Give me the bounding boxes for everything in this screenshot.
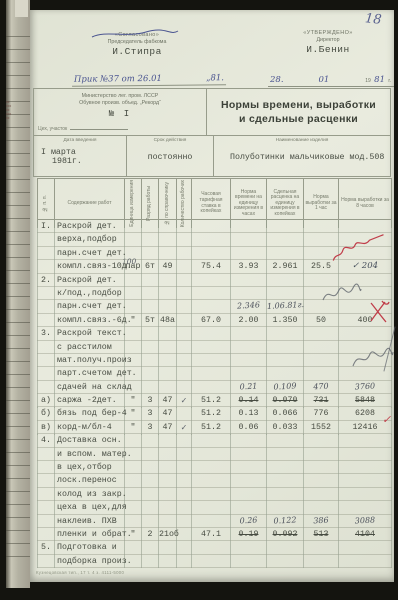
cell-out8 [339,327,392,340]
cell-time [231,448,267,461]
cell-piece [267,541,304,554]
cell-time [231,354,267,367]
product-cell: Наименование изделия Полуботинки мальчик… [214,136,390,176]
cell-rate: 75.4 [192,260,231,273]
table-row: 5.Подготовка и [37,541,392,554]
cell-time [231,367,267,380]
cell-time [231,555,267,568]
cell-piece: 2.961 [267,260,304,273]
cell-out8 [339,247,392,260]
order-year-text: „81. [206,73,224,83]
handwritten-correction: 0.26 [231,514,267,528]
cell-workers [177,488,192,501]
row-number: 2. [37,274,55,287]
cell-workers [177,300,192,313]
cell-unit: " [125,394,142,408]
printed-value: 47 [163,423,173,432]
cell-time [231,233,267,246]
work-description: цеха в цех,для [55,501,125,514]
approval-block: «УТВЕРЖДЕНО» Директор И.Бенин [268,30,388,55]
printed-value: 5т [145,316,155,325]
printed-value: 2.00 [239,316,259,325]
cell-out1 [304,341,339,354]
cell-piece: 0.122 [267,515,304,528]
cell-time: 0.14 [231,394,267,408]
table-row: 3.Раскрой текст. [37,327,392,340]
cell-out1 [304,488,339,501]
cell-out8 [339,488,392,501]
cell-out1 [304,247,339,260]
printed-value: 75.4 [201,262,221,271]
cell-grade [142,501,159,514]
cell-grade: 3 [142,421,159,435]
work-description: Раскрой дет. [55,274,125,287]
cell-time: 3.93 [231,260,267,273]
cell-piece: 0.109 [267,381,304,394]
agreed-stamp-label: «Согласовано» [68,32,206,38]
printed-value: 2.961 [273,262,298,271]
cell-rate [192,501,231,514]
cell-piece: 0.033 [267,421,304,435]
cell-piece [267,461,304,474]
printed-value: 6208 [355,409,375,418]
table-row: колод из закр. [37,488,392,501]
cell-unit [125,474,142,487]
printed-value: 3 [148,396,153,405]
cell-ref [159,220,177,233]
table-row: парн.счет дет. [37,247,392,260]
work-description: бязь под бер-4 [55,407,125,420]
cell-time [231,274,267,287]
row-number: а) [37,394,55,408]
cell-time [231,541,267,554]
cell-unit [125,541,142,554]
cell-out8 [339,541,392,554]
work-description: наклеив. ПХВ [55,515,125,528]
cell-piece [267,220,304,233]
printed-value: 5848 [355,396,375,405]
cell-time [231,341,267,354]
cell-rate [192,555,231,568]
cell-rate [192,287,231,300]
work-description: Раскрой дет. [55,220,125,233]
handwritten-correction: 2.346 [231,299,267,313]
cell-grade [142,341,159,354]
cell-rate [192,367,231,380]
printed-value: 776 [314,409,329,418]
cell-time: 2.346 [231,300,267,313]
cell-rate: 67.0 [192,314,231,327]
printed-value: 3 [148,423,153,432]
printed-value: 12416 [353,423,378,432]
work-description: компл.связ.-6д. [55,314,125,327]
cell-grade: 3 [142,394,159,408]
printed-value: 3.93 [239,262,259,271]
cell-time: 0.21 [231,381,267,394]
cell-piece [267,488,304,501]
cell-rate: 51.2 [192,394,231,408]
handwritten-correction: 3760 [339,379,392,394]
cell-time: 0.26 [231,515,267,528]
printed-value: 0.19 [239,530,259,539]
cell-out1 [304,300,339,313]
cell-unit [125,515,142,528]
printed-value: 47 [163,409,173,418]
cell-grade [142,233,159,246]
printed-value: 731 [314,396,329,405]
cell-piece [267,448,304,461]
printed-value: 4104 [355,530,375,539]
cell-out8: 5848 [339,394,392,408]
printing-house-imprint: Кузнецовская тип., 17 т. 4 з. 4111-5000 [36,570,124,575]
validity-value: постоянно [127,153,213,162]
printed-value: " [131,409,136,418]
document-page: 18 «Согласовано» Председатель фабкома И.… [30,10,394,582]
printed-value: 2 [148,530,153,539]
cell-rate [192,541,231,554]
work-description: лоск.перенос [55,474,125,487]
row-number [37,354,55,367]
cell-out1: 731 [304,394,339,408]
row-number [37,501,55,514]
cell-ref [159,515,177,528]
order-number-text: Прик №37 от 26.01 [74,74,162,85]
cell-workers [177,260,192,273]
cell-rate [192,381,231,394]
cell-piece [267,274,304,287]
cell-workers [177,247,192,260]
printed-value: 0.14 [239,396,259,405]
cell-ref: 48а [159,314,177,327]
form-title-line1: Нормы времени, выработки [207,98,390,112]
cell-out1 [304,220,339,233]
cell-time [231,327,267,340]
cell-out1: 386 [304,515,339,528]
approved-stamp-label: «УТВЕРЖДЕНО» [268,30,388,36]
cell-unit [125,327,142,340]
printed-value: 0.13 [239,409,259,418]
cell-out1 [304,448,339,461]
cell-unit: " [125,407,142,420]
meta-row: Дата введения I марта 1981г. Срок действ… [34,136,390,176]
table-row: лоск.перенос [37,474,392,487]
printed-value: 21об [159,530,179,539]
printed-value: 51.2 [201,423,221,432]
cell-out1: 50 [304,314,339,327]
work-description: парн.счет дет. [55,300,125,313]
cell-workers [177,448,192,461]
cell-out1 [304,434,339,447]
product-value: Полуботинки мальчиковые мод.508 [230,153,384,162]
cell-out8 [339,501,392,514]
approval-month: 01 [318,75,329,85]
work-description: мат.получ.произ [55,354,125,367]
work-description: парт.счетом дет. [55,367,125,380]
row-number [37,233,55,246]
work-description: подборка произ. [55,555,125,568]
table-row: б)бязь под бер-4"34751.20.130.0667766208 [37,407,392,420]
printed-value: 25.5 [311,262,331,271]
cell-ref: 47 [159,407,177,420]
cell-ref: 47 [159,394,177,408]
printed-value: 400 [358,316,373,325]
work-description: саржа -2дет. [55,394,125,408]
handwritten-correction: 470 [304,380,339,394]
handwritten-correction: 0.122 [267,514,304,528]
cell-out8 [339,474,392,487]
cell-piece: 0.092 [267,528,304,541]
cell-time [231,247,267,260]
cell-piece [267,233,304,246]
cell-ref [159,488,177,501]
table-row: I.Раскрой дет. [37,220,392,233]
cell-out1: 513 [304,528,339,541]
printed-value: 50 [316,316,326,325]
approval-date-handwritten: 28. 01 19 81 г. [268,74,394,87]
cell-rate [192,488,231,501]
validity-cell: Срок действия постоянно [127,136,214,176]
cell-workers: ✓ [177,421,192,435]
cell-grade [142,461,159,474]
cell-rate [192,354,231,367]
cell-ref: 47 [159,421,177,435]
page-edge-chip [15,0,28,17]
cell-grade [142,555,159,568]
cell-ref [159,501,177,514]
work-description: компл.связ-10д. [55,260,125,273]
printed-value: 6т [145,262,155,271]
printed-value: " [131,396,136,405]
row-number: 4. [37,434,55,447]
cell-out1: 25.5 [304,260,339,273]
cell-unit [125,501,142,514]
approval-year-group: 19 81 г. [364,74,392,85]
cell-grade [142,448,159,461]
table-row: 2.Раскрой дет. [37,274,392,287]
cell-workers [177,381,192,394]
printed-century: 19 [365,78,371,84]
cell-workers [177,555,192,568]
cell-out1 [304,367,339,380]
cell-piece [267,327,304,340]
cell-ref [159,247,177,260]
row-number [37,488,55,501]
row-number [37,247,55,260]
table-row: и вспом. матер. [37,448,392,461]
cell-out8: 400 [339,314,392,327]
cell-piece [267,247,304,260]
cell-out8 [339,434,392,447]
cell-rate [192,300,231,313]
cell-time [231,488,267,501]
cell-workers: ✓ [177,394,192,408]
form-title-line2: и сдельные расценки [207,112,390,126]
table-row: в цех,отбор [37,461,392,474]
printed-value: 51.2 [201,396,221,405]
product-header: Наименование изделия [214,138,390,143]
cell-workers [177,474,192,487]
norms-table: № п. п. Содержание работ Единица измерен… [37,178,392,568]
cell-piece: 1.350 [267,314,304,327]
work-description: Раскрой текст. [55,327,125,340]
row-number: I. [37,220,55,233]
table-row: компл.связ-10д.пар1006т4975.43.932.96125… [37,260,392,273]
cell-workers [177,367,192,380]
cell-ref [159,341,177,354]
handwritten-output-value: ✓ 204 [352,261,378,271]
cell-out1 [304,501,339,514]
cell-grade: 6т [142,260,159,273]
workshop-label: Цех, участок [38,126,128,132]
date-introduced-line1: I марта [41,148,76,157]
printed-value: 47.1 [201,530,221,539]
printed-value: 0.06 [239,423,259,432]
cell-ref [159,367,177,380]
cell-out1: 776 [304,407,339,420]
row-number [37,260,55,273]
printed-year-suffix: г. [388,78,391,84]
work-description: Подготовка и [55,541,125,554]
printed-value: 1552 [311,423,331,432]
cell-ref [159,541,177,554]
cell-ref: 49 [159,260,177,273]
cell-unit [125,220,142,233]
table-row: с расстилом [37,341,392,354]
cell-piece: 1.06.81г. [267,300,304,313]
cell-workers [177,434,192,447]
cell-unit [125,233,142,246]
order-reference-handwritten: Прик №37 от 26.01 „81. [72,73,226,87]
row-number: 3. [37,327,55,340]
work-description: с расстилом [55,341,125,354]
cell-rate [192,515,231,528]
cell-out8 [339,220,392,233]
cell-rate [192,448,231,461]
cell-rate [192,220,231,233]
cell-grade [142,274,159,287]
printed-value: 1.350 [273,316,298,325]
ministry-line: Министерство лег. пром. ЛССР [34,93,206,100]
cell-ref [159,461,177,474]
cell-grade [142,381,159,394]
row-number [37,381,55,394]
row-number [37,461,55,474]
cell-workers [177,341,192,354]
cell-piece [267,501,304,514]
cell-workers [177,541,192,554]
cell-ref [159,381,177,394]
cell-unit [125,300,142,313]
cell-grade [142,220,159,233]
table-row: пленки и обрат."221об47.10.190.092513410… [37,528,392,541]
cell-piece [267,367,304,380]
printed-value: 49 [163,262,173,271]
printed-value: 0.066 [273,409,298,418]
cell-ref [159,354,177,367]
director-name: И.Бенин [268,44,388,55]
validity-header: Срок действия [127,138,213,143]
cell-out1: 1552 [304,421,339,435]
date-introduced-header: Дата введения [34,138,126,143]
cell-grade: 3 [142,407,159,420]
cell-out1 [304,555,339,568]
printed-value: 0.092 [273,530,298,539]
table-row: мат.получ.произ [37,354,392,367]
table-row: подборка произ. [37,555,392,568]
printed-value: 48а [160,316,175,325]
cell-grade [142,300,159,313]
cell-out8 [339,287,392,300]
cell-piece [267,474,304,487]
cell-unit [125,274,142,287]
cell-unit [125,488,142,501]
agreement-block: «Согласовано» Председатель фабкома И.Сти… [68,32,206,57]
cell-ref [159,233,177,246]
cell-grade [142,287,159,300]
cell-rate: 47.1 [192,528,231,541]
handwritten-correction: 1.06.81г. [267,299,304,313]
cell-unit [125,434,142,447]
row-number: 5. [37,541,55,554]
form-title-cell: Нормы времени, выработки и сдельные расц… [207,89,390,135]
cell-workers [177,528,192,541]
table-header: № п. п. Содержание работ Единица измерен… [37,178,392,220]
cell-out1 [304,287,339,300]
printed-value: " [131,423,136,432]
cell-workers [177,274,192,287]
work-description: к/под.,подбор [55,287,125,300]
cell-time [231,501,267,514]
cell-workers [177,354,192,367]
cell-time [231,474,267,487]
cell-unit [125,341,142,354]
organization-cell: Министерство лег. пром. ЛССР Обувное про… [34,89,207,135]
cell-out8: 6208 [339,407,392,420]
work-description: Доставка осн. [55,434,125,447]
stamp-fragment: ≡≡ ≡≡≡ ≡≡ ≡≡≡ ≡≡ [6,100,15,140]
work-description: в цех,отбор [55,461,125,474]
cell-out8: ✓ 204 [339,260,392,273]
printed-value: 0.033 [273,423,298,432]
cell-unit [125,287,142,300]
cell-grade [142,354,159,367]
table-row: компл.связ.-6д."5т48а67.02.001.35050400 [37,314,392,327]
cell-ref [159,274,177,287]
row-number [37,287,55,300]
cell-out8: 3760 [339,381,392,394]
cell-rate [192,434,231,447]
cell-ref: 21об [159,528,177,541]
cell-ref [159,474,177,487]
printed-value: 47 [163,396,173,405]
table-row: парн.счет дет.2.3461.06.81г. [37,300,392,313]
row-number [37,474,55,487]
cell-out8: 12416 [339,421,392,435]
cell-out8 [339,341,392,354]
cell-time: 0.19 [231,528,267,541]
table-row: к/под.,подбор [37,287,392,300]
cell-out1 [304,461,339,474]
cell-out8 [339,274,392,287]
form-number: № I [34,109,206,119]
cell-out8 [339,461,392,474]
cell-time: 0.06 [231,421,267,435]
handwritten-correction: 386 [304,514,339,528]
row-number [37,314,55,327]
chairman-role-label: Председатель фабкома [68,39,206,45]
cell-ref [159,327,177,340]
row-number [37,448,55,461]
